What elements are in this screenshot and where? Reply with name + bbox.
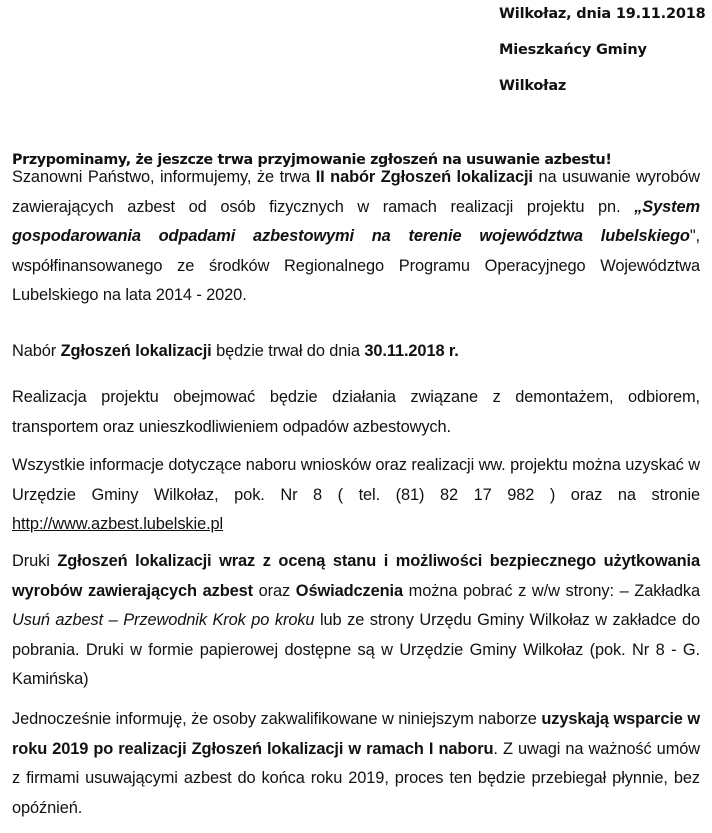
deadline-date: 30.11.2018 r. bbox=[364, 342, 458, 360]
bold-text: Oświadczenia bbox=[296, 582, 403, 600]
bold-text: II nabór Zgłoszeń lokalizacji bbox=[316, 168, 533, 186]
text: Nabór bbox=[12, 342, 61, 360]
text: Druki bbox=[12, 552, 57, 570]
letter-header: Wilkołaz, dnia 19.11.2018 Mieszkańcy Gmi… bbox=[499, 2, 706, 110]
recipient-line-2: Wilkołaz bbox=[499, 74, 706, 110]
bold-text: Zgłoszeń lokalizacji bbox=[61, 342, 212, 360]
text: będzie trwał do dnia bbox=[212, 342, 365, 360]
paragraph-intro: Szanowni Państwo, informujemy, że trwa I… bbox=[12, 163, 700, 311]
azbest-website-link[interactable]: http://www.azbest.lubelskie.pl bbox=[12, 515, 223, 533]
text: można pobrać z w/w strony: – Zakładka bbox=[403, 582, 700, 600]
recipient-line-1: Mieszkańcy Gminy bbox=[499, 38, 706, 74]
text: oraz bbox=[253, 582, 296, 600]
text: Jednocześnie informuję, że osoby zakwali… bbox=[12, 710, 541, 728]
paragraph-scope: Realizacja projektu obejmować będzie dzi… bbox=[12, 383, 700, 442]
paragraph-support: Jednocześnie informuję, że osoby zakwali… bbox=[12, 705, 700, 823]
paragraph-forms: Druki Zgłoszeń lokalizacji wraz z oceną … bbox=[12, 547, 700, 695]
text: Realizacja projektu obejmować będzie dzi… bbox=[12, 388, 700, 436]
paragraph-deadline: Nabór Zgłoszeń lokalizacji będzie trwał … bbox=[12, 337, 700, 367]
text: Wszystkie informacje dotyczące naboru wn… bbox=[12, 456, 700, 504]
text: Szanowni Państwo, informujemy, że trwa bbox=[12, 168, 316, 186]
paragraph-info: Wszystkie informacje dotyczące naboru wn… bbox=[12, 451, 700, 540]
date-line: Wilkołaz, dnia 19.11.2018 bbox=[499, 2, 706, 38]
italic-text: Usuń azbest – Przewodnik Krok po kroku bbox=[12, 611, 314, 629]
